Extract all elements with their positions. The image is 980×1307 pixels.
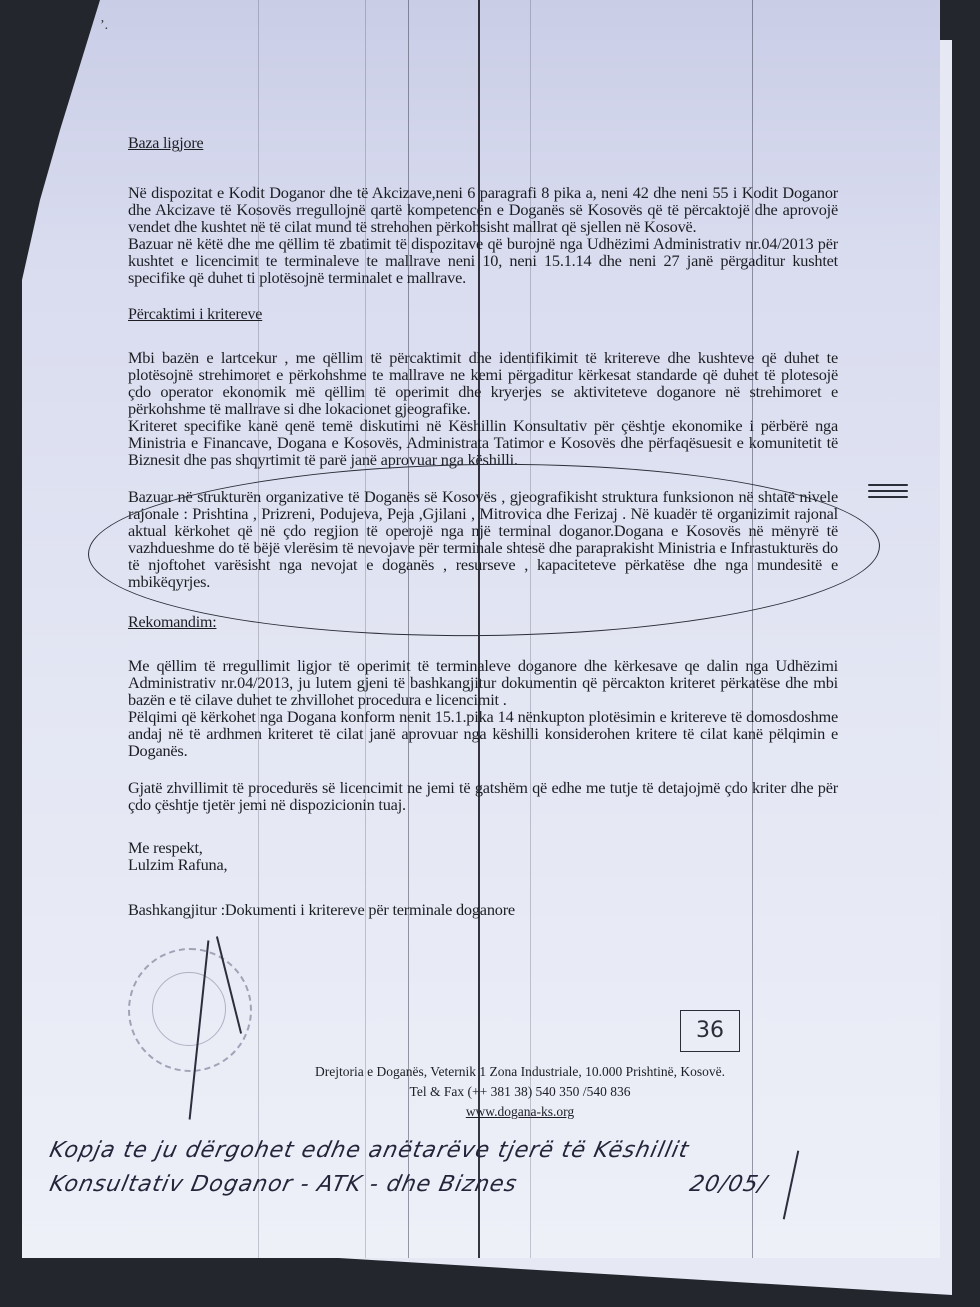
paragraph: Gjatë zhvillimit të procedurës së licenc… bbox=[128, 779, 838, 813]
footer-phone: Tel & Fax (++ 381 38) 540 350 /540 836 bbox=[200, 1082, 840, 1102]
paragraph: Bazuar në këtë dhe me qëllim të zbatimit… bbox=[128, 235, 838, 286]
boxed-page-number: 36 bbox=[680, 1010, 740, 1052]
paragraph: Kriteret specifike kanë qenë temë diskut… bbox=[128, 417, 838, 468]
signatory-name: Lulzim Rafuna, bbox=[128, 856, 838, 873]
heading-baza-ligjore: Baza ligjore bbox=[128, 135, 838, 152]
paragraph: Mbi bazën e lartcekur , me qëllim të për… bbox=[128, 349, 838, 417]
handwritten-note-line1: Kopja te ju dërgohet edhe anëtarëve tjer… bbox=[47, 1138, 691, 1163]
letterhead-footer: Drejtoria e Doganës, Veternik 1 Zona Ind… bbox=[200, 1062, 840, 1122]
handwritten-date: 20/05/ bbox=[687, 1172, 769, 1197]
document-page: ʼ. Baza ligjore Në dispozitat e Kodit Do… bbox=[0, 0, 940, 1258]
heading-percaktimi-i-kritereve: Përcaktimi i kritereve bbox=[128, 306, 838, 323]
footer-website-link[interactable]: www.dogana-ks.org bbox=[466, 1104, 574, 1119]
handwritten-initials bbox=[783, 1151, 800, 1220]
footer-address: Drejtoria e Doganës, Veternik 1 Zona Ind… bbox=[200, 1062, 840, 1082]
handwritten-note-line2: Konsultativ Doganor - ATK - dhe Biznes bbox=[47, 1172, 519, 1197]
paragraph: Me qëllim të rregullimit ligjor të operi… bbox=[128, 657, 838, 708]
signature-block: Me respekt, Lulzim Rafuna, Bashkangjitur… bbox=[128, 839, 838, 918]
circled-paragraph-block: Bazuar në strukturën organizative të Dog… bbox=[128, 488, 838, 590]
stray-mark: ʼ. bbox=[100, 18, 108, 34]
hand-drawn-emphasis-marks bbox=[868, 480, 908, 502]
letter-body: Baza ligjore Në dispozitat e Kodit Dogan… bbox=[128, 135, 838, 918]
attachment-line: Bashkangjitur :Dokumenti i kritereve për… bbox=[128, 901, 838, 918]
paragraph: Në dispozitat e Kodit Doganor dhe të Akc… bbox=[128, 184, 838, 235]
closing: Me respekt, bbox=[128, 839, 838, 856]
paragraph: Pëlqimi që kërkohet nga Dogana konform n… bbox=[128, 708, 838, 759]
